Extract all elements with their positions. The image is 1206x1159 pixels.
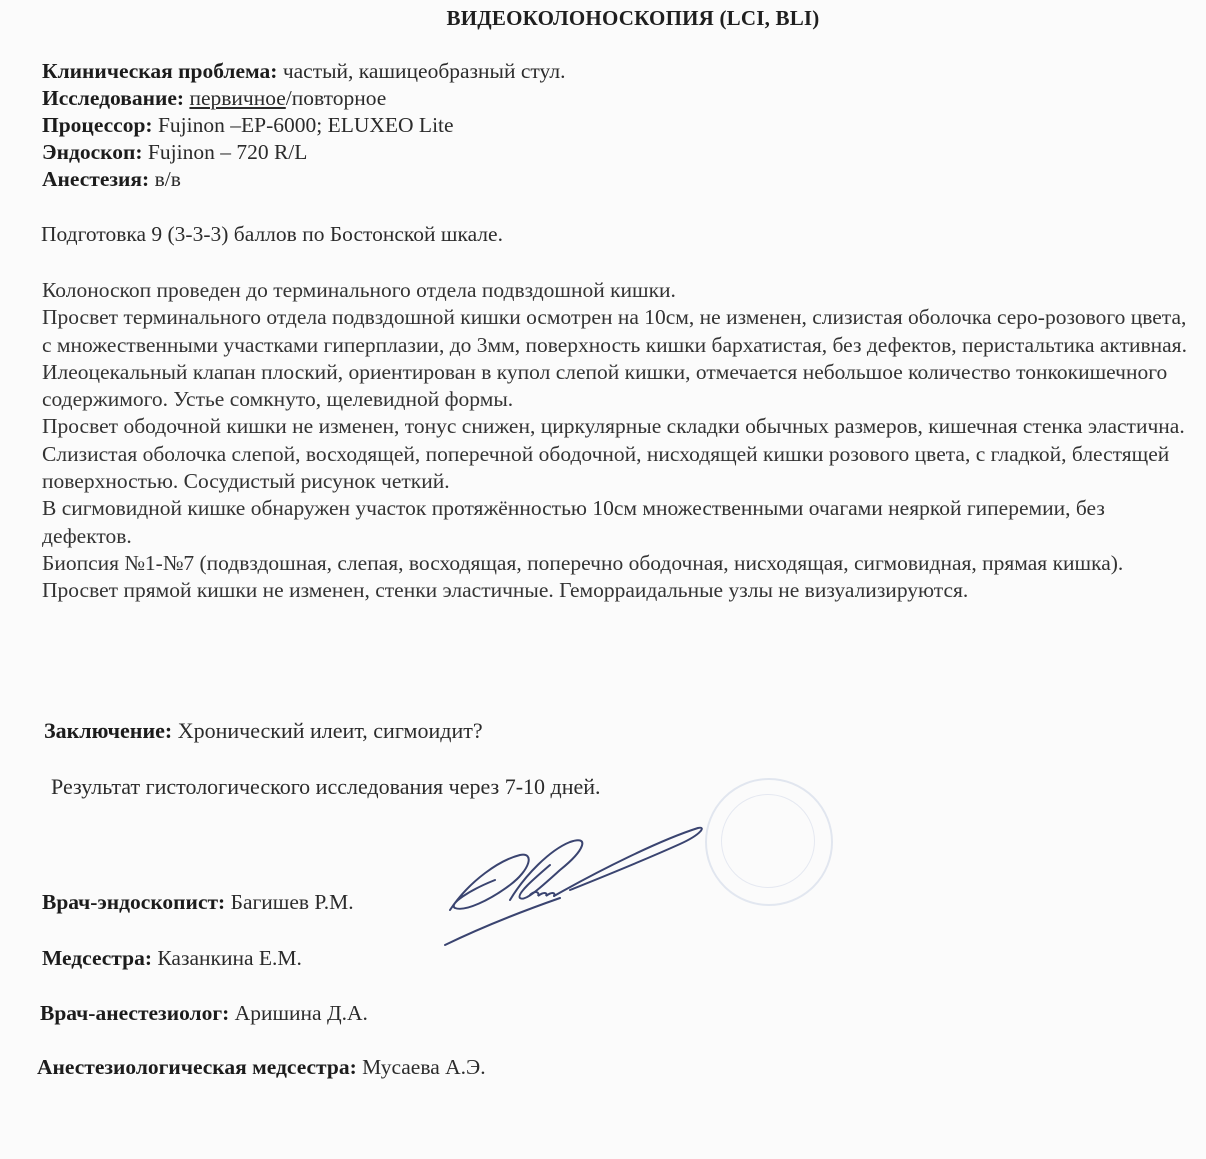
findings-paragraph: Просвет терминального отдела подвздошной…: [42, 304, 1192, 413]
histology-note: Результат гистологического исследования …: [51, 774, 601, 800]
bowel-preparation: Подготовка 9 (3-3-3) баллов по Бостонско…: [41, 222, 503, 247]
processor-label: Процессор:: [42, 113, 153, 137]
anesthesia-row: Анестезия: в/в: [42, 166, 565, 193]
staff-nurse: Медсестра: Казанкина Е.М.: [42, 946, 302, 971]
study-type-alternative: /повторное: [286, 86, 387, 110]
findings-paragraph: Биопсия №1-№7 (подвздошная, слепая, восх…: [42, 550, 1192, 577]
staff-name: Багишев Р.М.: [225, 890, 353, 914]
endoscope-value: Fujinon – 720 R/L: [143, 140, 308, 164]
conclusion-label: Заключение:: [44, 718, 172, 743]
findings-paragraph: Просвет ободочной кишки не изменен, тону…: [42, 413, 1192, 440]
study-type-selected: первичное: [189, 86, 285, 110]
study-type-row: Исследование: первичное/повторное: [42, 85, 565, 112]
anesthesia-label: Анестезия:: [42, 167, 149, 191]
staff-endoscopist: Врач-эндоскопист: Багишев Р.М.: [42, 890, 354, 915]
staff-anesthesia-nurse: Анестезиологическая медсестра: Мусаева А…: [37, 1055, 486, 1080]
findings: Колоноскоп проведен до терминального отд…: [42, 277, 1192, 605]
document-page: ВИДЕОКОЛОНОСКОПИЯ (LCI, BLI) Клиническая…: [0, 0, 1206, 1159]
findings-paragraph: Просвет прямой кишки не изменен, стенки …: [42, 577, 1192, 604]
staff-name: Казанкина Е.М.: [152, 946, 302, 970]
processor-row: Процессор: Fujinon –EP-6000; ELUXEO Lite: [42, 112, 565, 139]
staff-anesthesiologist: Врач-анестезиолог: Аришина Д.А.: [40, 1001, 368, 1026]
findings-paragraph: В сигмовидной кишке обнаружен участок пр…: [42, 495, 1192, 550]
staff-role: Врач-эндоскопист:: [42, 890, 225, 914]
document-title: ВИДЕОКОЛОНОСКОПИЯ (LCI, BLI): [0, 6, 1206, 31]
endoscope-row: Эндоскоп: Fujinon – 720 R/L: [42, 139, 565, 166]
exam-metadata: Клиническая проблема: частый, кашицеобра…: [42, 58, 565, 193]
clinical-problem-row: Клиническая проблема: частый, кашицеобра…: [42, 58, 565, 85]
clinical-problem-value: частый, кашицеобразный стул.: [277, 59, 565, 83]
findings-paragraph: Колоноскоп проведен до терминального отд…: [42, 277, 1192, 304]
signature-icon: [440, 820, 730, 960]
study-type-label: Исследование:: [42, 86, 184, 110]
staff-role: Врач-анестезиолог:: [40, 1001, 229, 1025]
conclusion-value: Хронический илеит, сигмоидит?: [172, 718, 482, 743]
official-stamp-icon: [705, 778, 833, 906]
staff-role: Медсестра:: [42, 946, 152, 970]
staff-role: Анестезиологическая медсестра:: [37, 1055, 357, 1079]
staff-name: Мусаева А.Э.: [357, 1055, 486, 1079]
endoscope-label: Эндоскоп:: [42, 140, 143, 164]
anesthesia-value: в/в: [149, 167, 181, 191]
clinical-problem-label: Клиническая проблема:: [42, 59, 277, 83]
staff-name: Аришина Д.А.: [229, 1001, 368, 1025]
processor-value: Fujinon –EP-6000; ELUXEO Lite: [153, 113, 454, 137]
findings-paragraph: Слизистая оболочка слепой, восходящей, п…: [42, 441, 1192, 496]
conclusion: Заключение: Хронический илеит, сигмоидит…: [44, 718, 483, 744]
